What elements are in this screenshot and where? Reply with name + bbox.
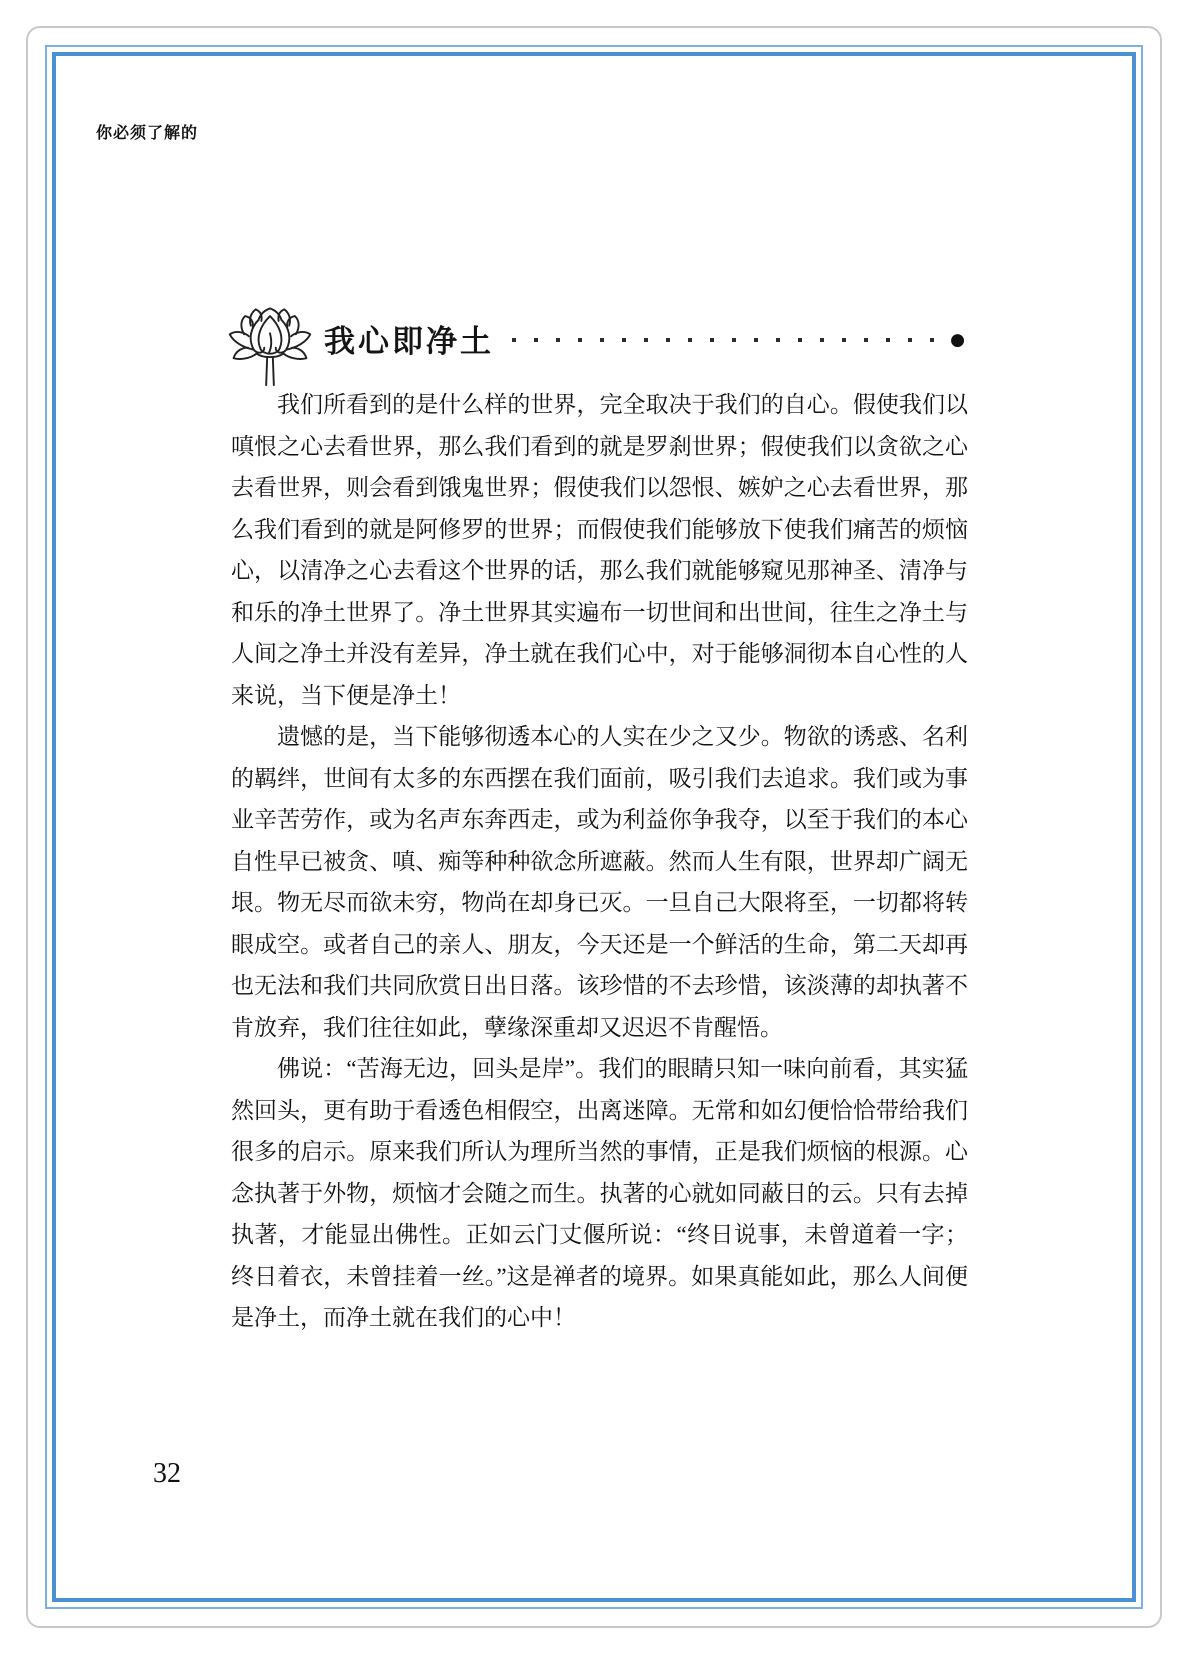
lotus-icon	[222, 295, 318, 387]
section-title: 我心即净土	[324, 316, 494, 361]
section-title-row: 我心即净土 ●	[222, 293, 967, 383]
end-bullet-dot: ●	[950, 330, 965, 350]
dotted-leader	[512, 338, 938, 342]
paragraph-1: 我们所看到的是什么样的世界，完全取决于我们的自心。假使我们以嗔恨之心去看世界，那…	[231, 384, 968, 716]
paragraph-2: 遗憾的是，当下能够彻透本心的人实在少之又少。物欲的诱惑、名利的羁绊，世间有太多的…	[231, 716, 968, 1048]
page-number: 32	[153, 1458, 181, 1490]
paragraph-3: 佛说：“苦海无边，回头是岸”。我们的眼睛只知一味向前看，其实猛然回头，更有助于看…	[231, 1048, 968, 1339]
body-text: 我们所看到的是什么样的世界，完全取决于我们的自心。假使我们以嗔恨之心去看世界，那…	[231, 384, 968, 1339]
running-head: 你必须了解的	[96, 120, 198, 143]
